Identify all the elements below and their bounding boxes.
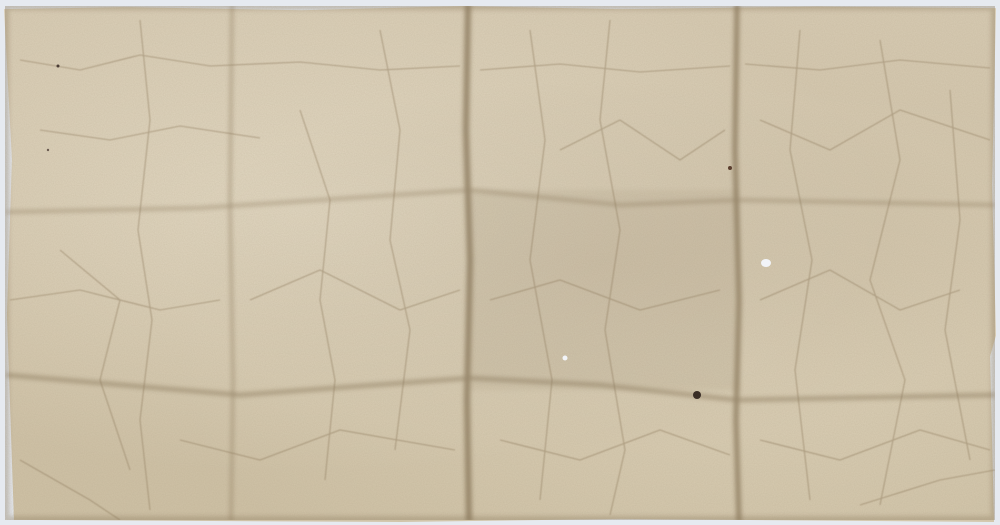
paper-texture-overlay — [0, 0, 1000, 525]
paper-hole — [563, 356, 568, 361]
ink-spot — [57, 65, 60, 68]
ink-spot — [47, 149, 49, 151]
paper-hole — [761, 259, 771, 267]
ink-spot — [728, 166, 732, 170]
ink-spot — [693, 391, 701, 399]
